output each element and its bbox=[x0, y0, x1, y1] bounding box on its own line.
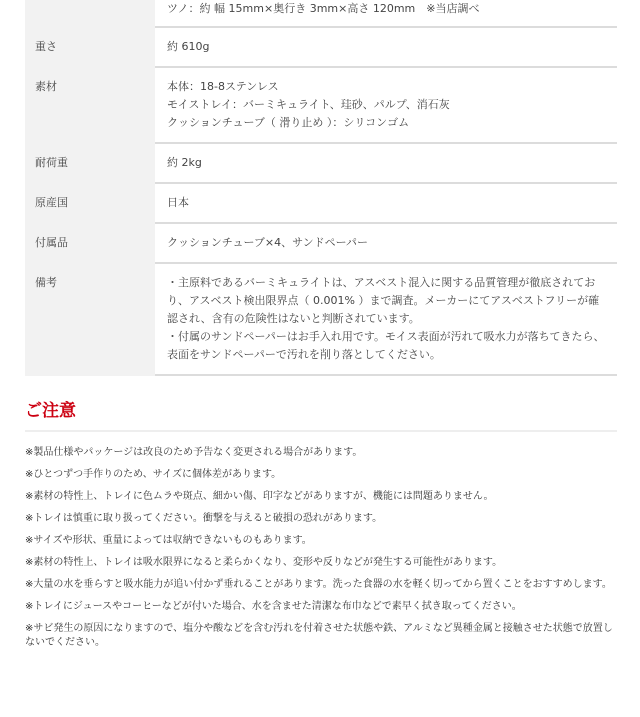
spec-row-size: モイストレイ：約 幅 300mm×奥行き 105mm×高さ 90mm ツノ：約 … bbox=[25, 0, 617, 27]
spec-value-line: ツノ：約 幅 15mm×奥行き 3mm×高さ 120mm ※当店調べ bbox=[167, 0, 607, 18]
spec-value: 本体：18-8ステンレス モイストレイ：バーミキュライト、珪砂、パルプ、消石灰 … bbox=[155, 67, 617, 143]
spec-value-line: ・付属のサンドペーパーはお手入れ用です。モイス表面が汚れて吸水力が落ちてきたら、… bbox=[167, 328, 607, 364]
notice-list: ※製品仕様やパッケージは改良のため予告なく変更される場合があります。 ※ひとつず… bbox=[25, 446, 617, 650]
notice-item: ※ひとつずつ手作りのため、サイズに個体差があります。 bbox=[25, 468, 617, 482]
spec-label: 付属品 bbox=[25, 223, 155, 263]
spec-row-accessories: 付属品 クッションチューブ×4、サンドペーパー bbox=[25, 223, 617, 263]
spec-label: 素材 bbox=[25, 67, 155, 143]
spec-value: 約 610g bbox=[155, 27, 617, 67]
spec-label: 備考 bbox=[25, 263, 155, 375]
spec-value-line: 本体：18-8ステンレス bbox=[167, 78, 607, 96]
spec-value-line: ・主原料であるバーミキュライトは、アスベスト混入に関する品質管理が徹底されており… bbox=[167, 274, 607, 328]
spec-label bbox=[25, 0, 155, 27]
spec-value-line: クッションチューブ（ 滑り止め ）：シリコンゴム bbox=[167, 114, 607, 132]
notice-item: ※トレイは慎重に取り扱ってください。衝撃を与えると破損の恐れがあります。 bbox=[25, 512, 617, 526]
notice-item: ※サビ発生の原因になりますので、塩分や酸などを含む汚れを付着させた状態や鉄、アル… bbox=[25, 622, 617, 650]
spec-value-line: クッションチューブ×4、サンドペーパー bbox=[167, 234, 607, 252]
spec-label: 耐荷重 bbox=[25, 143, 155, 183]
spec-value-line: 約 610g bbox=[167, 38, 607, 56]
spec-row-load-capacity: 耐荷重 約 2kg bbox=[25, 143, 617, 183]
spec-table: モイストレイ：約 幅 300mm×奥行き 105mm×高さ 90mm ツノ：約 … bbox=[25, 0, 617, 376]
notice-section: ご注意 ※製品仕様やパッケージは改良のため予告なく変更される場合があります。 ※… bbox=[25, 400, 617, 658]
spec-value-line: 約 2kg bbox=[167, 154, 607, 172]
spec-value: モイストレイ：約 幅 300mm×奥行き 105mm×高さ 90mm ツノ：約 … bbox=[155, 0, 617, 27]
spec-value: クッションチューブ×4、サンドペーパー bbox=[155, 223, 617, 263]
spec-row-weight: 重さ 約 610g bbox=[25, 27, 617, 67]
notice-item: ※大量の水を垂らすと吸水能力が追い付かず垂れることがあります。洗った食器の水を軽… bbox=[25, 578, 617, 592]
spec-row-remarks: 備考 ・主原料であるバーミキュライトは、アスベスト混入に関する品質管理が徹底され… bbox=[25, 263, 617, 375]
spec-value: 約 2kg bbox=[155, 143, 617, 183]
spec-label: 重さ bbox=[25, 27, 155, 67]
spec-row-material: 素材 本体：18-8ステンレス モイストレイ：バーミキュライト、珪砂、パルプ、消… bbox=[25, 67, 617, 143]
notice-item: ※サイズや形状、重量によっては収納できないものもあります。 bbox=[25, 534, 617, 548]
spec-value: ・主原料であるバーミキュライトは、アスベスト混入に関する品質管理が徹底されており… bbox=[155, 263, 617, 375]
spec-label: 原産国 bbox=[25, 183, 155, 223]
notice-item: ※製品仕様やパッケージは改良のため予告なく変更される場合があります。 bbox=[25, 446, 617, 460]
notice-item: ※素材の特性上、トレイは吸水限界になると柔らかくなり、変形や反りなどが発生する可… bbox=[25, 556, 617, 570]
notice-title: ご注意 bbox=[25, 400, 617, 432]
spec-row-origin: 原産国 日本 bbox=[25, 183, 617, 223]
notice-item: ※素材の特性上、トレイに色ムラや斑点、細かい傷、印字などがありますが、機能には問… bbox=[25, 490, 617, 504]
spec-value-line: 日本 bbox=[167, 194, 607, 212]
spec-value-line: モイストレイ：バーミキュライト、珪砂、パルプ、消石灰 bbox=[167, 96, 607, 114]
spec-value: 日本 bbox=[155, 183, 617, 223]
notice-item: ※トレイにジュースやコーヒーなどが付いた場合、水を含ませた清潔な布巾などで素早く… bbox=[25, 600, 617, 614]
